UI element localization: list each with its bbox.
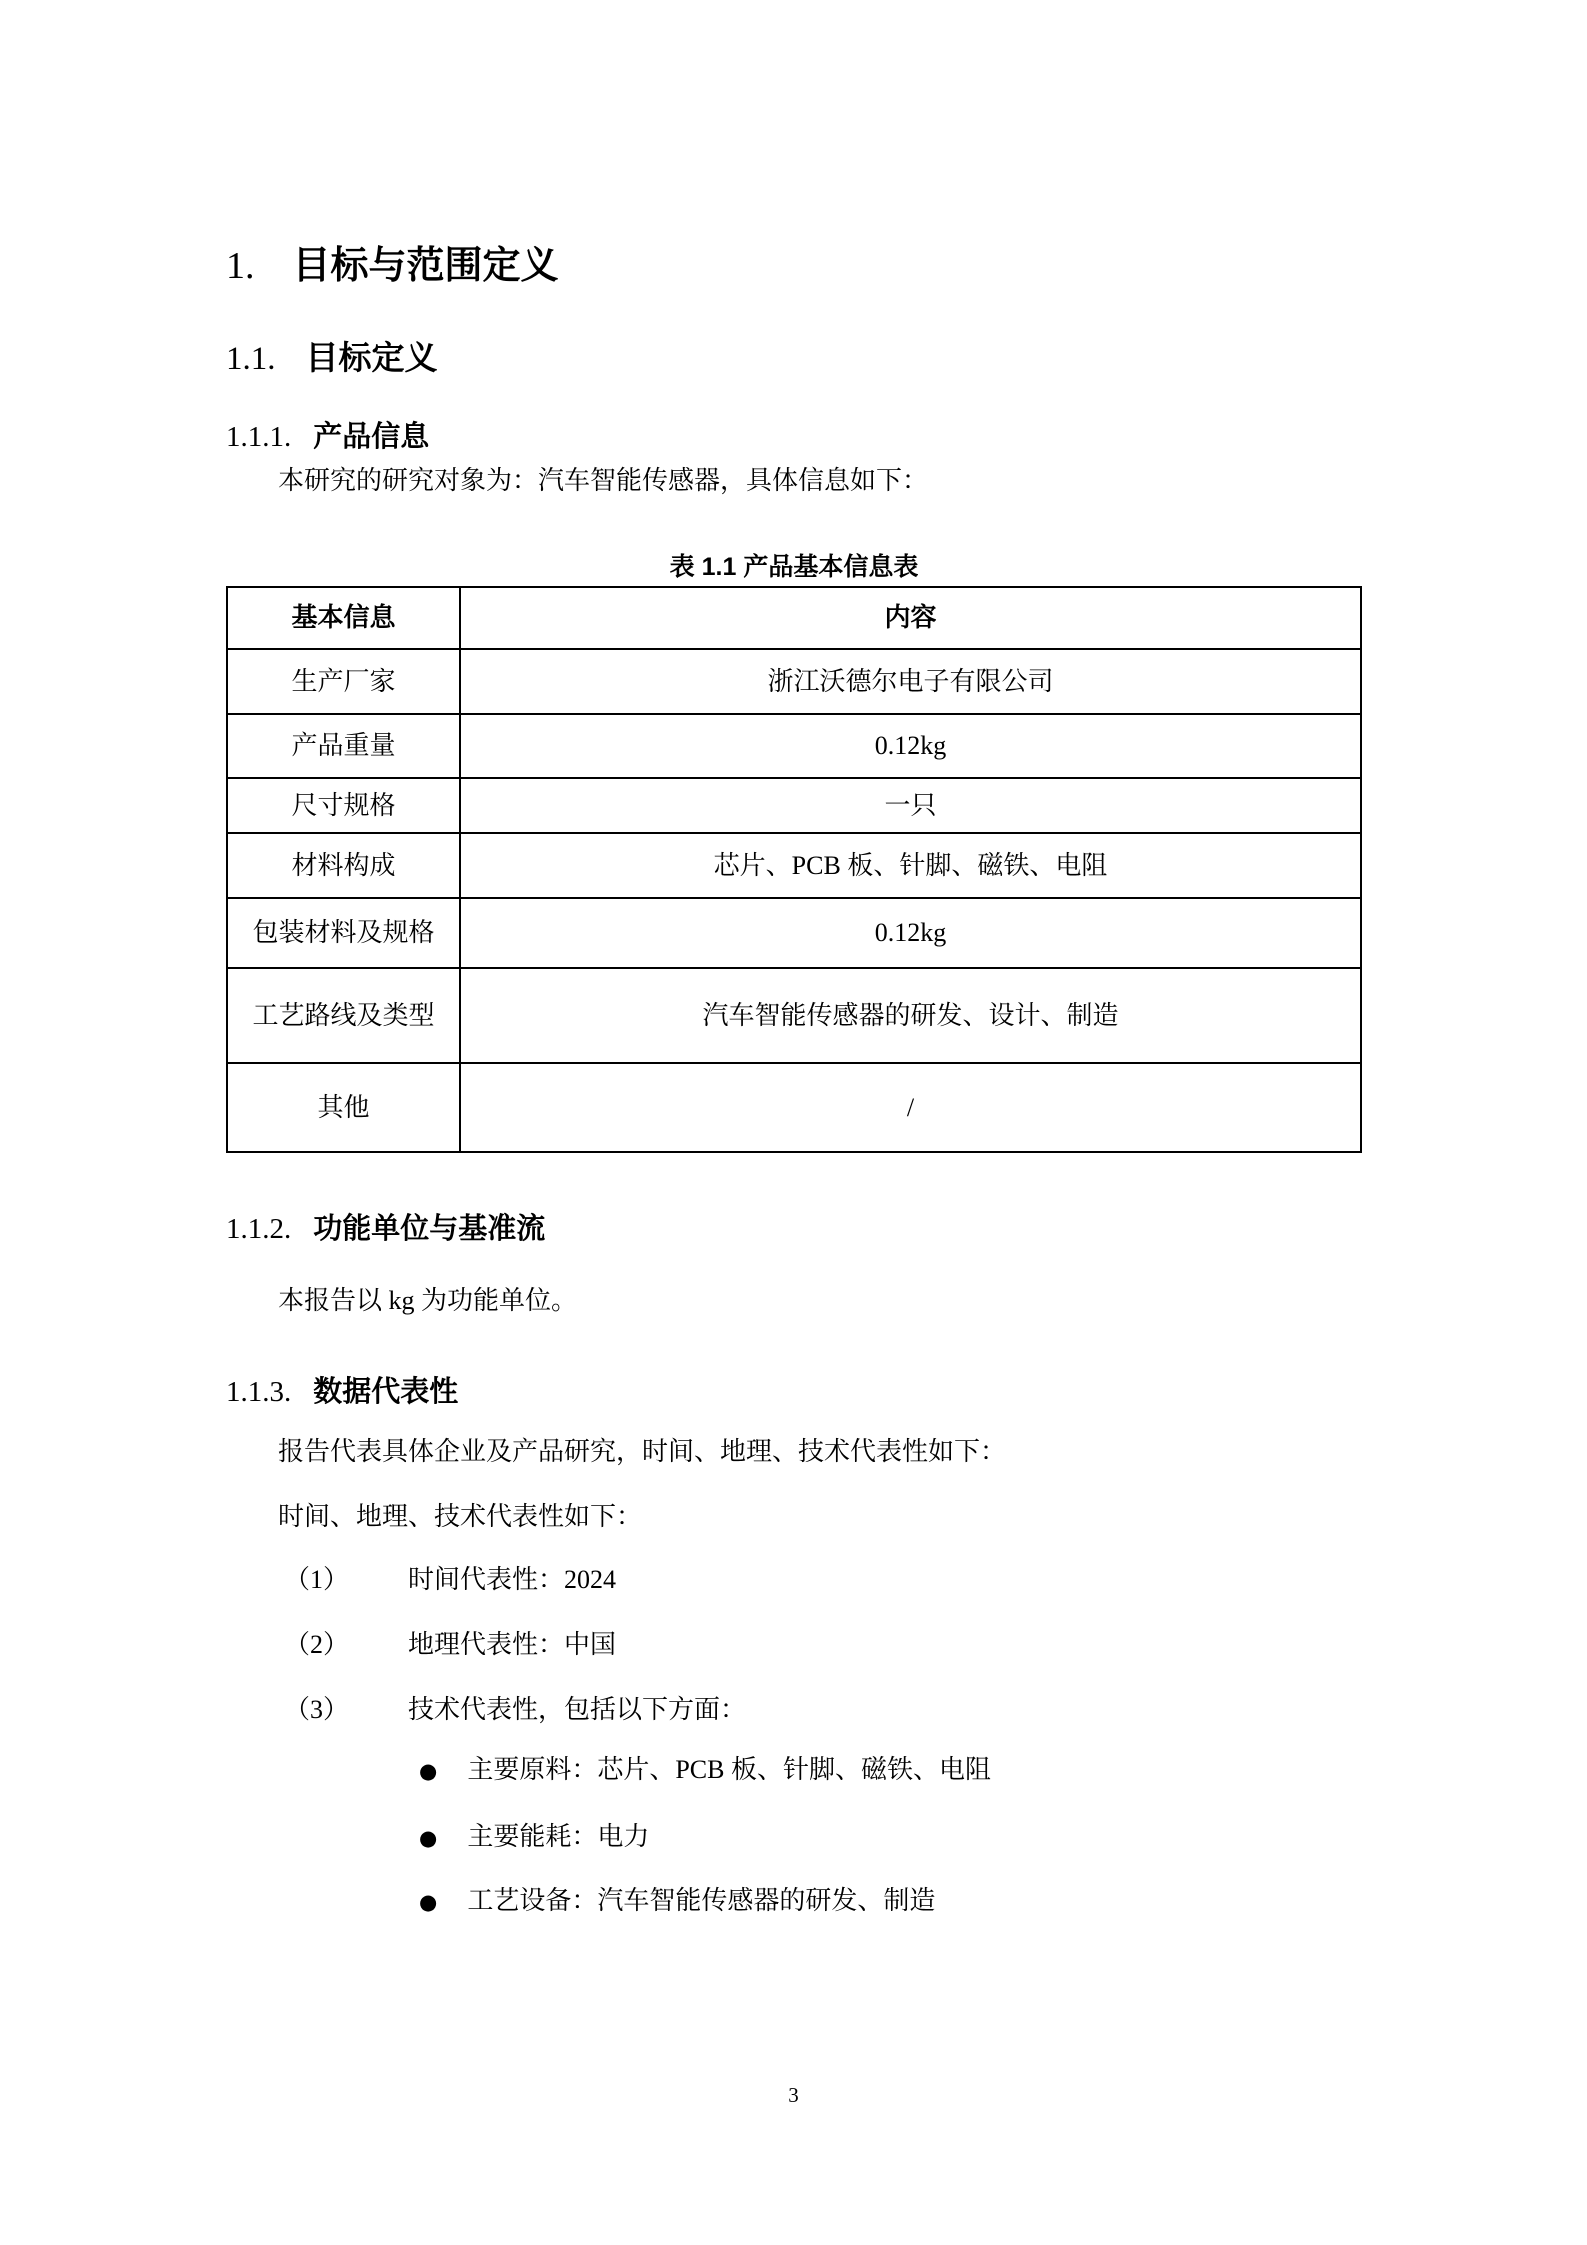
heading-number: 1.1.1. (226, 421, 291, 453)
heading-title: 数据代表性 (313, 1376, 458, 1408)
table-header-cell-basic-info: 基本信息 (227, 587, 460, 649)
heading-title: 目标与范围定义 (293, 245, 559, 287)
numbered-list-item: （2）地理代表性：中国 (284, 1625, 1362, 1664)
heading-title: 功能单位与基准流 (313, 1213, 545, 1245)
table-cell-label: 其他 (227, 1063, 460, 1152)
table-cell-value: 0.12kg (460, 714, 1361, 778)
bullet-text: 主要原料：芯片、PCB 板、针脚、磁铁、电阻 (467, 1750, 991, 1789)
bullet-list-item: ●主要能耗：电力 (419, 1817, 1362, 1858)
list-item-marker: （2） (284, 1625, 408, 1664)
numbered-list-item: （3）技术代表性，包括以下方面： (284, 1690, 1362, 1729)
body-paragraph: 时间、地理、技术代表性如下： (226, 1497, 1362, 1536)
section-heading-1-1-1: 1.1.1.产品信息 (226, 419, 1362, 455)
body-paragraph: 本报告以 kg 为功能单位。 (226, 1281, 1362, 1320)
heading-number: 1.1.3. (226, 1376, 291, 1408)
table-cell-label: 工艺路线及类型 (227, 968, 460, 1063)
page-number: 3 (0, 2083, 1587, 2108)
body-paragraph: 报告代表具体企业及产品研究，时间、地理、技术代表性如下： (226, 1432, 1362, 1471)
list-item-text: 时间代表性：2024 (408, 1565, 616, 1594)
document-page: 1.目标与范围定义 1.1.目标定义 1.1.1.产品信息 本研究的研究对象为：… (0, 0, 1587, 2245)
heading-number: 1.1.2. (226, 1213, 291, 1245)
bullet-text: 工艺设备：汽车智能传感器的研发、制造 (467, 1881, 935, 1920)
table-cell-value: 浙江沃德尔电子有限公司 (460, 649, 1361, 714)
table-header-row: 基本信息 内容 (227, 587, 1361, 649)
product-info-table: 基本信息 内容 生产厂家 浙江沃德尔电子有限公司 产品重量 0.12kg 尺寸规… (226, 586, 1362, 1153)
table-row: 工艺路线及类型 汽车智能传感器的研发、设计、制造 (227, 968, 1361, 1063)
table-row: 包装材料及规格 0.12kg (227, 898, 1361, 968)
section-heading-1-1: 1.1.目标定义 (226, 337, 1362, 380)
table-caption: 表 1.1 产品基本信息表 (226, 552, 1362, 583)
list-item-marker: （3） (284, 1690, 408, 1729)
table-cell-value: 芯片、PCB 板、针脚、磁铁、电阻 (460, 833, 1361, 898)
list-item-marker: （1） (284, 1560, 408, 1599)
bullet-icon: ● (419, 1883, 437, 1922)
table-cell-label: 生产厂家 (227, 649, 460, 714)
section-heading-1-1-3: 1.1.3.数据代表性 (226, 1374, 1362, 1410)
table-cell-value: 一只 (460, 778, 1361, 833)
heading-number: 1. (226, 245, 255, 287)
table-cell-label: 包装材料及规格 (227, 898, 460, 968)
page-content: 1.目标与范围定义 1.1.目标定义 1.1.1.产品信息 本研究的研究对象为：… (226, 0, 1362, 1922)
table-row: 生产厂家 浙江沃德尔电子有限公司 (227, 649, 1361, 714)
heading-title: 目标定义 (306, 339, 438, 376)
table-cell-label: 产品重量 (227, 714, 460, 778)
table-cell-value: 汽车智能传感器的研发、设计、制造 (460, 968, 1361, 1063)
table-cell-label: 材料构成 (227, 833, 460, 898)
bullet-list-item: ●工艺设备：汽车智能传感器的研发、制造 (419, 1881, 1362, 1922)
section-heading-1: 1.目标与范围定义 (226, 243, 1362, 291)
body-paragraph: 本研究的研究对象为：汽车智能传感器，具体信息如下： (226, 461, 1362, 500)
table-header-cell-content: 内容 (460, 587, 1361, 649)
list-item-text: 技术代表性，包括以下方面： (408, 1695, 746, 1724)
bullet-icon: ● (419, 1752, 437, 1791)
table-cell-label: 尺寸规格 (227, 778, 460, 833)
section-heading-1-1-2: 1.1.2.功能单位与基准流 (226, 1211, 1362, 1247)
table-row: 其他 / (227, 1063, 1361, 1152)
bullet-text: 主要能耗：电力 (467, 1817, 649, 1856)
table-cell-value: / (460, 1063, 1361, 1152)
heading-title: 产品信息 (313, 421, 429, 453)
table-row: 材料构成 芯片、PCB 板、针脚、磁铁、电阻 (227, 833, 1361, 898)
table-row: 产品重量 0.12kg (227, 714, 1361, 778)
list-item-text: 地理代表性：中国 (408, 1630, 616, 1659)
table-row: 尺寸规格 一只 (227, 778, 1361, 833)
bullet-list-item: ●主要原料：芯片、PCB 板、针脚、磁铁、电阻 (419, 1750, 1362, 1791)
numbered-list-item: （1）时间代表性：2024 (284, 1560, 1362, 1599)
table-cell-value: 0.12kg (460, 898, 1361, 968)
heading-number: 1.1. (226, 341, 276, 377)
bullet-icon: ● (419, 1819, 437, 1858)
